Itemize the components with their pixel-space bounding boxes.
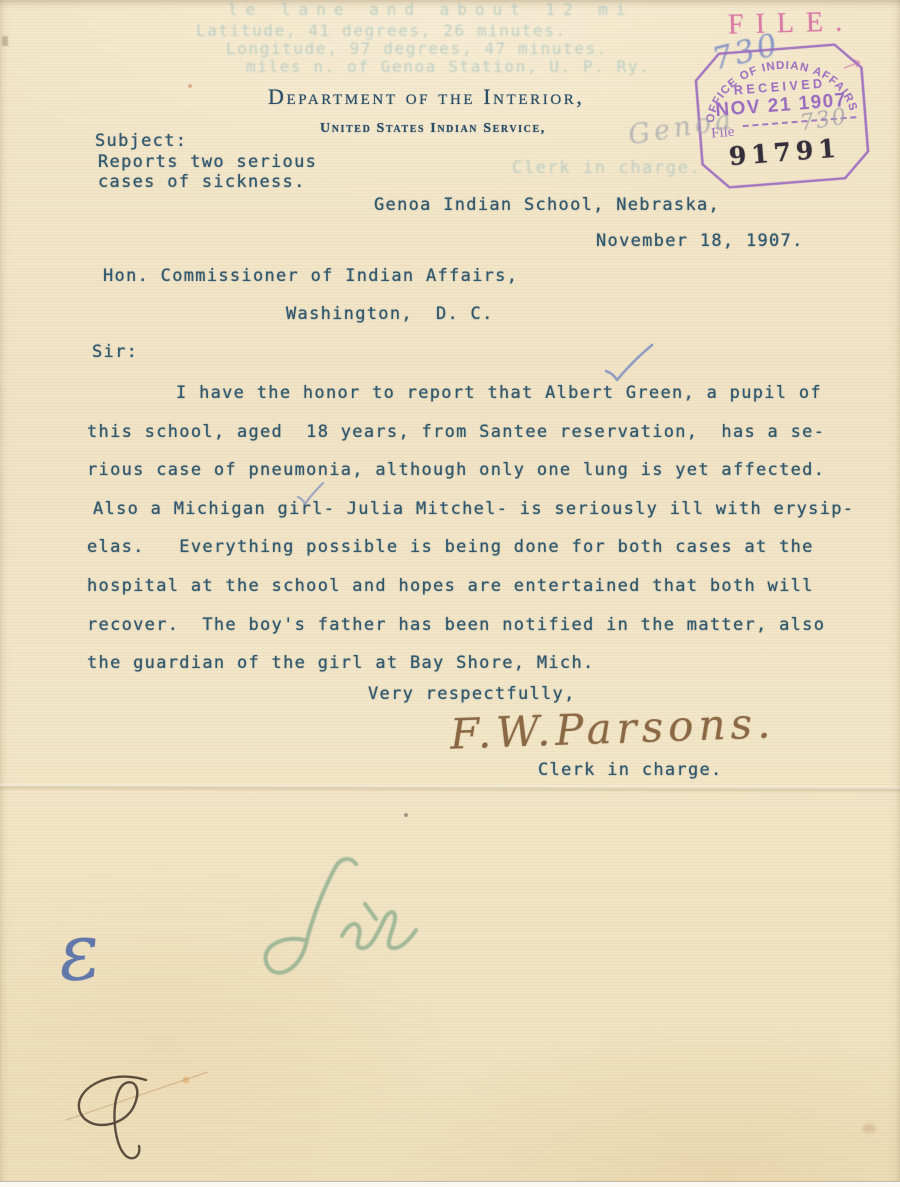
signer-title: Clerk in charge. [538, 760, 723, 780]
green-pencil-file-handwriting [238, 852, 423, 987]
body-line: hospital at the school and hopes are ent… [87, 567, 867, 606]
date-line: November 18, 1907. [596, 231, 804, 251]
subject-line: Reports two serious [98, 152, 317, 172]
signature-fw-parsons: F.W.Parsons. [449, 698, 776, 758]
salutation: Sir: [92, 342, 138, 362]
paper-speck [404, 813, 408, 817]
paper-speck [862, 1124, 876, 1133]
place-line: Genoa Indian School, Nebraska, [374, 195, 720, 215]
subject-label: Subject: [95, 131, 187, 151]
scan-edge [0, 1181, 900, 1187]
ghost-bleedthrough-clerk: Clerk in charge. [512, 158, 701, 178]
ink-doodle [48, 1058, 218, 1183]
body-line: the guardian of the girl at Bay Shore, M… [87, 644, 867, 683]
recipient-city-line: Washington, D. C. [286, 304, 494, 324]
letter-document-scan: le lane and about 12 mi Latitude, 41 deg… [0, 0, 900, 1187]
ghost-bleedthrough-line: Latitude, 41 degrees, 26 minutes. [196, 21, 567, 40]
body-line: recover. The boy's father has been notif… [87, 606, 867, 645]
body-line: Also a Michigan girl- Julia Mitchel- is … [87, 490, 867, 529]
ghost-bleedthrough-line: miles n. of Genoa Station, U. P. Ry. [246, 57, 650, 76]
fold-crease [0, 784, 900, 793]
letterhead-service: United States Indian Service, [320, 121, 546, 137]
letter-body: I have the honor to report that Albert G… [87, 374, 867, 683]
paper-speck [188, 84, 192, 88]
letterhead-department: Department of the Interior, [268, 84, 584, 110]
blue-ink-e-mark: ε [53, 906, 104, 1000]
ghost-bleedthrough-line: le lane and about 12 mi [228, 0, 634, 19]
body-line: rious case of pneumonia, although only o… [87, 451, 867, 490]
body-line: this school, aged 18 years, from Santee … [87, 413, 867, 452]
recipient-line: Hon. Commissioner of Indian Affairs, [103, 266, 518, 286]
body-line: elas. Everything possible is being done … [87, 528, 867, 567]
ghost-bleedthrough-line: Longitude, 97 degrees, 47 minutes. [226, 39, 608, 58]
closing-line: Very respectfully, [368, 684, 576, 704]
paper-speck [2, 36, 8, 46]
subject-line: cases of sickness. [98, 172, 306, 192]
body-line: I have the honor to report that Albert G… [87, 374, 867, 413]
